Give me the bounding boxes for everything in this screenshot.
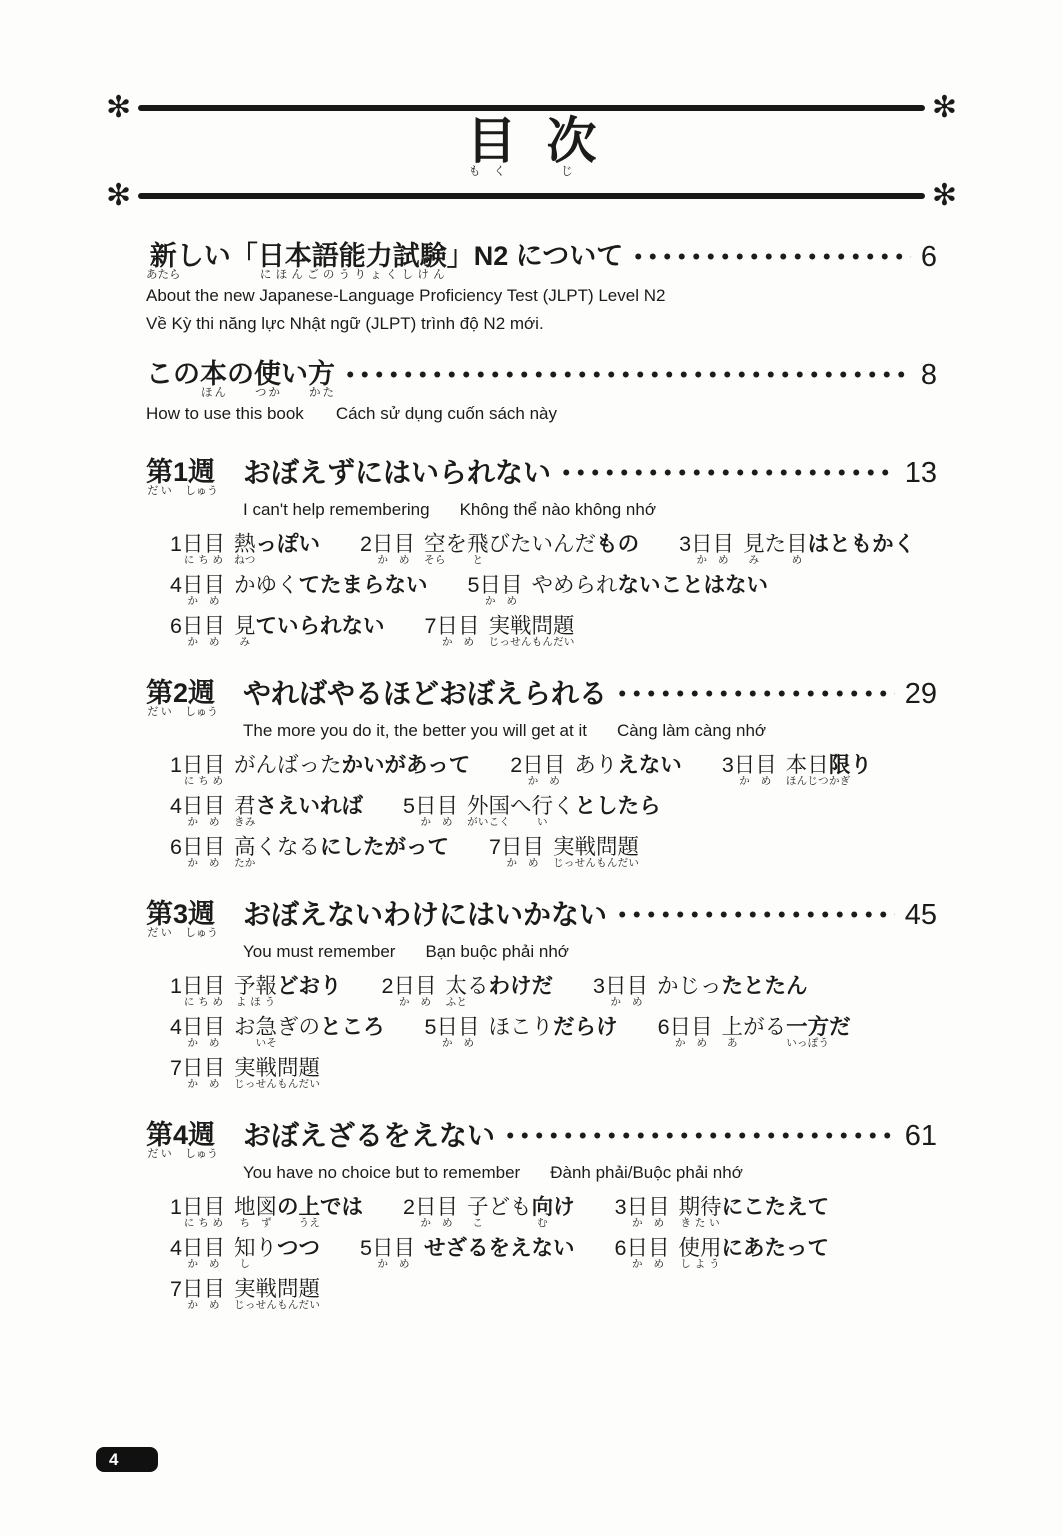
- ruby-text: 実戦問題じっせんもんだい: [234, 1277, 320, 1301]
- week-subtitle: The more you do it, the better you will …: [243, 718, 937, 743]
- day-label: 4日目かめ: [170, 1236, 225, 1260]
- day-label: 3日目かめ: [615, 1195, 670, 1219]
- day-item: 1日目にちめ地図ちずの上うえでは: [170, 1193, 363, 1228]
- furigana: かめ: [415, 1217, 458, 1229]
- text-segment: だらけ: [553, 1015, 618, 1039]
- week-days: 1日目にちめ予報よほうどおり2日目かめ太ふとるわけだ3日目かめかじったとたん4日…: [170, 972, 937, 1089]
- day-number: 1: [170, 753, 182, 777]
- day-suffix: 日目かめ: [182, 573, 225, 597]
- furigana: かめ: [691, 554, 734, 566]
- furigana: い: [532, 816, 554, 828]
- ruby-text: 子こ: [467, 1195, 489, 1219]
- furigana: かた: [308, 387, 335, 399]
- furigana: じっせんもんだい: [489, 636, 575, 648]
- day-row: 6日目かめ高たかくなるにしたがって7日目かめ実戦問題じっせんもんだい: [170, 833, 937, 868]
- day-label: 3日目かめ: [593, 974, 648, 998]
- day-label: 2日目かめ: [403, 1195, 458, 1219]
- day-label: 5日目かめ: [403, 794, 458, 818]
- day-row: 1日目にちめ熱ねつっぽい2日目かめ空そらを飛とびたいんだもの3日目かめ見みた目め…: [170, 530, 937, 565]
- day-item: 2日目かめ子こども向むけ: [403, 1193, 575, 1228]
- text-segment: っぽい: [256, 532, 321, 556]
- day-text: 使用しようにあたって: [679, 1236, 830, 1260]
- day-number: 2: [360, 532, 372, 556]
- day-number: 1: [170, 1195, 182, 1219]
- day-text: ありえない: [574, 753, 682, 777]
- day-number: 2: [510, 753, 522, 777]
- day-suffix: 日目かめ: [501, 835, 544, 859]
- text-segment: えない: [617, 753, 682, 777]
- day-suffix: 日目かめ: [627, 1236, 670, 1260]
- day-label: 7日目かめ: [170, 1056, 225, 1080]
- text-segment: だ: [829, 1015, 851, 1039]
- top-entry: この本ほんの使つかい方かた8How to use this bookCách s…: [146, 356, 937, 426]
- page-number: 61: [905, 1117, 937, 1155]
- day-suffix: 日目かめ: [605, 974, 648, 998]
- text-segment: わけだ: [489, 974, 554, 998]
- day-item: 4日目かめ君きみさえいれば: [170, 792, 363, 827]
- ruby-text: 実戦問題じっせんもんだい: [553, 835, 639, 859]
- furigana: うえ: [299, 1217, 321, 1229]
- ruby-text: 使つか: [254, 359, 281, 389]
- week-title: おぼえないわけにはいかない: [243, 896, 607, 933]
- day-suffix: 日目かめ: [479, 573, 522, 597]
- day-label: 5日目かめ: [360, 1236, 415, 1260]
- page-title: 目もく次じ: [452, 116, 612, 177]
- entry-line: やればやるほどおぼえられる29: [243, 675, 937, 713]
- text-segment: ほこり: [489, 1015, 554, 1039]
- furigana: かめ: [627, 1258, 670, 1270]
- ruby-text: 地図ちず: [234, 1195, 277, 1219]
- ruby-text: 週しゅう: [188, 1120, 218, 1150]
- ruby-text: 第だい: [146, 899, 173, 929]
- day-label: 2日目かめ: [360, 532, 415, 556]
- ruby-text: 目もく: [467, 113, 517, 169]
- furigana: かめ: [670, 1037, 713, 1049]
- furigana: かめ: [501, 857, 544, 869]
- day-item: 2日目かめ太ふとるわけだ: [382, 972, 554, 1007]
- day-text: 見みた目めはともかく: [743, 532, 915, 556]
- day-suffix: 日目にちめ: [182, 532, 225, 556]
- day-label: 5日目かめ: [468, 573, 523, 597]
- day-text: 期待きたいにこたえて: [679, 1195, 830, 1219]
- week-label: 第だい1週しゅう: [146, 454, 243, 496]
- furigana: かめ: [479, 595, 522, 607]
- ruby-text: 上あ: [722, 1015, 744, 1039]
- furigana: じっせんもんだい: [234, 1299, 320, 1311]
- day-suffix: 日目かめ: [627, 1195, 670, 1219]
- asterisk-flower-icon: ✻: [106, 192, 131, 200]
- day-suffix: 日目かめ: [372, 532, 415, 556]
- page-header: ✻ ✻ 目もく次じ ✻ ✻: [0, 0, 1063, 200]
- day-text: 実戦問題じっせんもんだい: [489, 614, 575, 638]
- ruby-text: 太ふと: [446, 974, 468, 998]
- subtitle-text: How to use this book: [146, 404, 304, 423]
- day-text: 熱ねつっぽい: [234, 532, 320, 556]
- day-label: 7日目かめ: [489, 835, 544, 859]
- text-segment: としたら: [575, 794, 661, 818]
- furigana: じっせんもんだい: [234, 1078, 320, 1090]
- day-suffix: 日目にちめ: [182, 753, 225, 777]
- day-number: 7: [170, 1056, 182, 1080]
- entry-title: この本ほんの使つかい方かた: [146, 356, 335, 398]
- day-item: 5日目かめ外国がいこくへ行いくとしたら: [403, 792, 661, 827]
- day-label: 4日目かめ: [170, 1015, 225, 1039]
- furigana: しよう: [679, 1258, 722, 1270]
- day-item: 6日目かめ高たかくなるにしたがって: [170, 833, 449, 868]
- toc-entries: 新あたらしい「日本語能力試験にほんごのうりょくしけん」N2 について6About…: [0, 200, 1063, 1310]
- furigana: にちめ: [182, 1217, 225, 1229]
- day-item: 7日目かめ実戦問題じっせんもんだい: [489, 833, 639, 868]
- day-label: 7日目かめ: [425, 614, 480, 638]
- furigana: かめ: [182, 1258, 225, 1270]
- week-section: 第だい1週しゅうおぼえずにはいられない13I can't help rememb…: [146, 454, 937, 647]
- day-item: 3日目かめ見みた目めはともかく: [679, 530, 915, 565]
- week-header: 第だい1週しゅうおぼえずにはいられない13: [146, 454, 937, 496]
- entry-title: 新あたらしい「日本語能力試験にほんごのうりょくしけん」N2 について: [146, 238, 623, 280]
- week-label: 第だい2週しゅう: [146, 675, 243, 717]
- text-segment: にあたって: [722, 1236, 830, 1260]
- text-segment: 」N2 について: [447, 241, 623, 271]
- day-suffix: 日目かめ: [182, 614, 225, 638]
- week-subtitle-vi: Càng làm càng nhớ: [617, 721, 766, 740]
- furigana: にちめ: [182, 554, 225, 566]
- day-number: 4: [170, 1015, 182, 1039]
- furigana: かめ: [393, 996, 436, 1008]
- text-segment: がる: [743, 1015, 786, 1039]
- week-subtitle-en: You have no choice but to remember: [243, 1163, 520, 1182]
- ruby-text: 日本語能力試験にほんごのうりょくしけん: [258, 241, 447, 271]
- ruby-text: 新あたら: [146, 241, 177, 271]
- day-text: 君きみさえいれば: [234, 794, 363, 818]
- furigana: がいこく: [467, 816, 510, 828]
- ruby-text: 本日ほんじつ: [786, 753, 829, 777]
- ornament-rule-bottom: ✻ ✻: [106, 192, 957, 200]
- week-header: 第だい3週しゅうおぼえないわけにはいかない45: [146, 896, 937, 938]
- text-segment: おぼえないわけにはいかない: [243, 899, 607, 930]
- furigana: む: [532, 1217, 554, 1229]
- furigana: にちめ: [182, 775, 225, 787]
- week-subtitle: You have no choice but to rememberĐành p…: [243, 1160, 937, 1185]
- text-segment: おぼえざるをえない: [243, 1120, 495, 1151]
- day-number: 3: [722, 753, 734, 777]
- day-suffix: 日目かめ: [436, 614, 479, 638]
- furigana: み: [743, 554, 765, 566]
- text-segment: け: [553, 1195, 575, 1219]
- day-number: 2: [403, 1195, 415, 1219]
- furigana: だい: [146, 485, 173, 497]
- furigana: しゅう: [185, 1148, 218, 1160]
- week-label: 第だい3週しゅう: [146, 896, 243, 938]
- furigana: かめ: [182, 636, 225, 648]
- day-label: 3日目かめ: [722, 753, 777, 777]
- day-text: 高たかくなるにしたがって: [234, 835, 449, 859]
- text-segment: はともかく: [808, 532, 916, 556]
- dotted-leader: [615, 675, 895, 712]
- day-text: 実戦問題じっせんもんだい: [234, 1277, 320, 1301]
- day-label: 4日目かめ: [170, 573, 225, 597]
- footer-page-number: 4: [109, 1450, 118, 1469]
- page-number: 29: [905, 675, 937, 713]
- text-segment: た: [765, 532, 787, 556]
- day-suffix: 日目かめ: [182, 1056, 225, 1080]
- week-subtitle-en: I can't help remembering: [243, 500, 430, 519]
- entry-line: この本ほんの使つかい方かた8: [146, 356, 937, 398]
- day-label: 5日目かめ: [425, 1015, 480, 1039]
- day-number: 5: [403, 794, 415, 818]
- dotted-leader: [503, 1117, 895, 1154]
- rule-line: [138, 193, 925, 199]
- day-number: 3: [593, 974, 605, 998]
- ruby-text: 外国がいこく: [467, 794, 510, 818]
- day-item: 7日目かめ実戦問題じっせんもんだい: [170, 1054, 320, 1089]
- ruby-text: 飛と: [467, 532, 489, 556]
- text-segment: やればやるほどおぼえられる: [243, 678, 607, 709]
- week-subtitle: I can't help rememberingKhông thể nào kh…: [243, 497, 937, 522]
- furigana: きたい: [679, 1217, 722, 1229]
- day-number: 4: [170, 794, 182, 818]
- day-number: 2: [382, 974, 394, 998]
- furigana: ちず: [234, 1217, 277, 1229]
- text-segment: もの: [596, 532, 639, 556]
- day-text: かゆくてたまらない: [234, 573, 428, 597]
- day-suffix: 日目かめ: [415, 794, 458, 818]
- furigana: きみ: [234, 816, 256, 828]
- day-item: 7日目かめ実戦問題じっせんもんだい: [425, 612, 575, 647]
- day-text: 本日ほんじつ限かぎり: [786, 753, 872, 777]
- furigana: め: [786, 554, 808, 566]
- week-days: 1日目にちめ熱ねつっぽい2日目かめ空そらを飛とびたいんだもの3日目かめ見みた目め…: [170, 530, 937, 647]
- week-section: 第だい4週しゅうおぼえざるをえない61You have no choice bu…: [146, 1117, 937, 1310]
- day-text: 子こども向むけ: [467, 1195, 575, 1219]
- page-number: 6: [921, 238, 937, 276]
- day-item: 4日目かめ知しりつつ: [170, 1234, 320, 1269]
- text-segment: てたまらない: [299, 573, 428, 597]
- text-segment: つつ: [277, 1236, 320, 1260]
- day-item: 6日目かめ見みていられない: [170, 612, 385, 647]
- week-days: 1日目にちめ地図ちずの上うえでは2日目かめ子こども向むけ3日目かめ期待きたいにこ…: [170, 1193, 937, 1310]
- furigana: にちめ: [182, 996, 225, 1008]
- page-number: 45: [905, 896, 937, 934]
- day-label: 1日目にちめ: [170, 1195, 225, 1219]
- text-segment: せざるをえない: [424, 1236, 575, 1260]
- day-row: 4日目かめかゆくてたまらない5日目かめやめられないことはない: [170, 571, 937, 606]
- text-segment: では: [320, 1195, 363, 1219]
- ruby-text: 週しゅう: [188, 678, 218, 708]
- furigana: にほんごのうりょくしけん: [258, 269, 447, 281]
- day-row: 7日目かめ実戦問題じっせんもんだい: [170, 1054, 937, 1089]
- ruby-text: 熱ねつ: [234, 532, 256, 556]
- text-segment: あり: [574, 753, 617, 777]
- day-text: 太ふとるわけだ: [446, 974, 554, 998]
- day-suffix: 日目にちめ: [182, 974, 225, 998]
- ruby-text: 週しゅう: [188, 457, 218, 487]
- ruby-text: 向む: [532, 1195, 554, 1219]
- week-title: おぼえずにはいられない: [243, 454, 551, 491]
- day-item: 4日目かめお急いそぎのところ: [170, 1013, 385, 1048]
- day-label: 6日目かめ: [170, 835, 225, 859]
- text-segment: しい「: [177, 241, 258, 271]
- day-row: 4日目かめお急いそぎのところ5日目かめほこりだらけ6日目かめ上あがる一方いっぽう…: [170, 1013, 937, 1048]
- text-segment: たとたん: [722, 974, 808, 998]
- text-segment: がんばった: [234, 753, 342, 777]
- top-entry: 新あたらしい「日本語能力試験にほんごのうりょくしけん」N2 について6About…: [146, 238, 937, 336]
- day-text: 実戦問題じっせんもんだい: [553, 835, 639, 859]
- week-section: 第だい3週しゅうおぼえないわけにはいかない45You must remember…: [146, 896, 937, 1089]
- day-label: 6日目かめ: [658, 1015, 713, 1039]
- text-segment: かいがあって: [342, 753, 471, 777]
- furigana: たか: [234, 857, 256, 869]
- ruby-text: 一方いっぽう: [786, 1015, 829, 1039]
- dotted-leader: [615, 896, 895, 933]
- ruby-text: 週しゅう: [188, 899, 218, 929]
- text-segment: かじっ: [657, 974, 722, 998]
- furigana: かめ: [182, 1078, 225, 1090]
- day-number: 4: [170, 573, 182, 597]
- dotted-leader: [343, 356, 911, 393]
- ruby-text: 目め: [786, 532, 808, 556]
- subtitle-text: Về Kỳ thi năng lực Nhật ngữ (JLPT) trình…: [146, 314, 544, 333]
- day-label: 2日目かめ: [510, 753, 565, 777]
- furigana: いそ: [256, 1037, 278, 1049]
- furigana: かめ: [415, 816, 458, 828]
- day-number: 5: [425, 1015, 437, 1039]
- furigana: あたら: [146, 269, 181, 281]
- text-segment: る: [467, 974, 489, 998]
- ruby-text: 見み: [743, 532, 765, 556]
- day-number: 4: [170, 1236, 182, 1260]
- day-suffix: 日目かめ: [182, 1015, 225, 1039]
- ruby-text: 上うえ: [299, 1195, 321, 1219]
- furigana: かめ: [734, 775, 777, 787]
- furigana: かめ: [372, 1258, 415, 1270]
- day-suffix: 日目かめ: [182, 794, 225, 818]
- entry-line: おぼえざるをえない61: [243, 1117, 937, 1155]
- day-item: 3日目かめかじったとたん: [593, 972, 808, 1007]
- day-row: 4日目かめ知しりつつ5日目かめせざるをえない6日目かめ使用しようにあたって: [170, 1234, 937, 1269]
- day-suffix: 日目かめ: [372, 1236, 415, 1260]
- ruby-text: 期待きたい: [679, 1195, 722, 1219]
- furigana: かめ: [372, 554, 415, 566]
- text-segment: ていられない: [256, 614, 385, 638]
- furigana: しゅう: [185, 706, 218, 718]
- text-segment: の: [277, 1195, 299, 1219]
- week-subtitle-vi: Bạn buộc phải nhớ: [425, 942, 568, 961]
- day-item: 6日目かめ上あがる一方いっぽうだ: [658, 1013, 851, 1048]
- week-header: 第だい4週しゅうおぼえざるをえない61: [146, 1117, 937, 1159]
- ruby-text: 知し: [234, 1236, 256, 1260]
- ruby-text: 次じ: [547, 113, 597, 169]
- day-text: お急いそぎのところ: [234, 1015, 385, 1039]
- day-label: 1日目にちめ: [170, 532, 225, 556]
- asterisk-flower-icon: ✻: [932, 192, 957, 200]
- day-label: 3日目かめ: [679, 532, 734, 556]
- ruby-text: 第だい: [146, 678, 173, 708]
- furigana: かめ: [182, 1299, 225, 1311]
- ruby-text: 高たか: [234, 835, 256, 859]
- day-number: 7: [170, 1277, 182, 1301]
- text-segment: くなる: [256, 835, 321, 859]
- ruby-text: 君きみ: [234, 794, 256, 818]
- text-segment: にしたがって: [320, 835, 449, 859]
- dotted-leader: [559, 454, 895, 491]
- text-segment: く: [553, 794, 575, 818]
- week-subtitle-vi: Đành phải/Buộc phải nhớ: [550, 1163, 743, 1182]
- furigana: かぎ: [829, 775, 851, 787]
- ruby-text: 実戦問題じっせんもんだい: [234, 1056, 320, 1080]
- furigana: かめ: [182, 816, 225, 828]
- ruby-text: 第だい: [146, 457, 173, 487]
- day-label: 2日目かめ: [382, 974, 437, 998]
- day-number: 1: [170, 532, 182, 556]
- page-number: 8: [921, 356, 937, 394]
- ruby-text: 予報よほう: [234, 974, 277, 998]
- entry-subtitle-line: How to use this bookCách sử dụng cuốn sá…: [146, 401, 937, 426]
- day-label: 1日目にちめ: [170, 753, 225, 777]
- furigana: ねつ: [234, 554, 256, 566]
- furigana: かめ: [182, 1037, 225, 1049]
- furigana: だい: [146, 927, 173, 939]
- subtitle-text: About the new Japanese-Language Proficie…: [146, 286, 665, 305]
- furigana: いっぽう: [786, 1037, 829, 1049]
- asterisk-flower-icon: ✻: [932, 104, 957, 112]
- day-row: 7日目かめ実戦問題じっせんもんだい: [170, 1275, 937, 1310]
- furigana: かめ: [436, 636, 479, 648]
- day-number: 6: [170, 614, 182, 638]
- day-item: 3日目かめ本日ほんじつ限かぎり: [722, 751, 872, 786]
- ruby-text: 行い: [532, 794, 554, 818]
- day-text: 空そらを飛とびたいんだもの: [424, 532, 639, 556]
- furigana: あ: [722, 1037, 744, 1049]
- day-text: やめられないことはない: [532, 573, 769, 597]
- furigana: ほんじつ: [786, 775, 829, 787]
- text-segment: ところ: [320, 1015, 385, 1039]
- week-days: 1日目にちめがんばったかいがあって2日目かめありえない3日目かめ本日ほんじつ限か…: [170, 751, 937, 868]
- furigana: かめ: [627, 1217, 670, 1229]
- day-text: 実戦問題じっせんもんだい: [234, 1056, 320, 1080]
- day-item: 1日目にちめ熱ねつっぽい: [170, 530, 320, 565]
- toc-page: ✻ ✻ 目もく次じ ✻ ✻ 新あたらしい「日本語能力試験にほんごのうりょくしけん…: [0, 0, 1063, 1536]
- ruby-text: 第だい: [146, 1120, 173, 1150]
- subtitle-text: Cách sử dụng cuốn sách này: [336, 404, 557, 423]
- day-suffix: 日目にちめ: [182, 1195, 225, 1219]
- day-suffix: 日目かめ: [691, 532, 734, 556]
- day-item: 2日目かめありえない: [510, 751, 682, 786]
- day-row: 6日目かめ見みていられない7日目かめ実戦問題じっせんもんだい: [170, 612, 937, 647]
- week-label: 第だい4週しゅう: [146, 1117, 243, 1159]
- day-item: 6日目かめ使用しようにあたって: [615, 1234, 830, 1269]
- day-suffix: 日目かめ: [182, 1277, 225, 1301]
- dotted-leader: [631, 238, 911, 275]
- text-segment: この: [146, 359, 200, 389]
- text-segment: り: [850, 753, 872, 777]
- text-segment: の: [227, 359, 254, 389]
- entry-line: 新あたらしい「日本語能力試験にほんごのうりょくしけん」N2 について6: [146, 238, 937, 280]
- day-text: がんばったかいがあって: [234, 753, 470, 777]
- day-number: 7: [489, 835, 501, 859]
- furigana: み: [234, 636, 256, 648]
- text-segment: ないことはない: [618, 573, 769, 597]
- furigana: ほん: [200, 387, 227, 399]
- day-item: 1日目にちめがんばったかいがあって: [170, 751, 470, 786]
- entry-line: おぼえずにはいられない13: [243, 454, 937, 492]
- ruby-text: 限かぎ: [829, 753, 851, 777]
- day-number: 5: [468, 573, 480, 597]
- day-row: 1日目にちめ地図ちずの上うえでは2日目かめ子こども向むけ3日目かめ期待きたいにこ…: [170, 1193, 937, 1228]
- text-segment: を: [446, 532, 468, 556]
- week-subtitle-en: You must remember: [243, 942, 395, 961]
- furigana: もく: [467, 164, 517, 178]
- furigana: だい: [146, 706, 173, 718]
